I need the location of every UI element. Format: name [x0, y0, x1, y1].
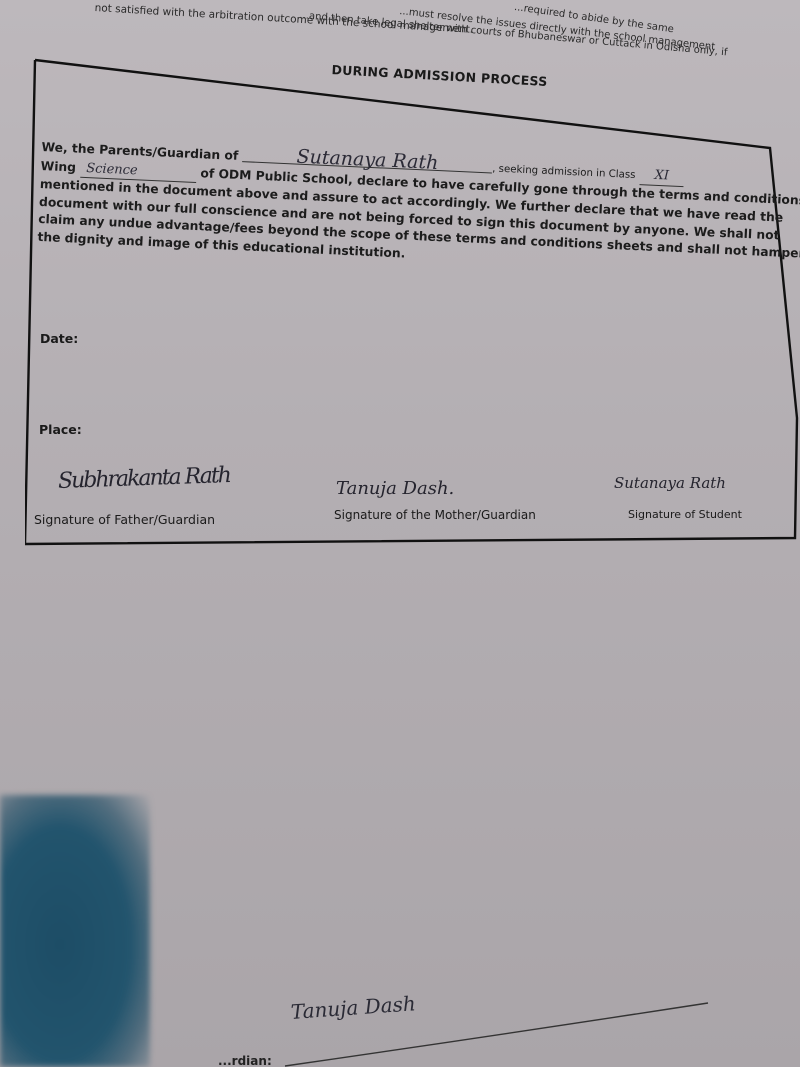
lower-signature-label: ...rdian: [218, 1054, 272, 1067]
scanned-document-page: ...required to abide by the same ...must… [0, 0, 800, 1067]
signature-line [0, 0, 800, 1067]
